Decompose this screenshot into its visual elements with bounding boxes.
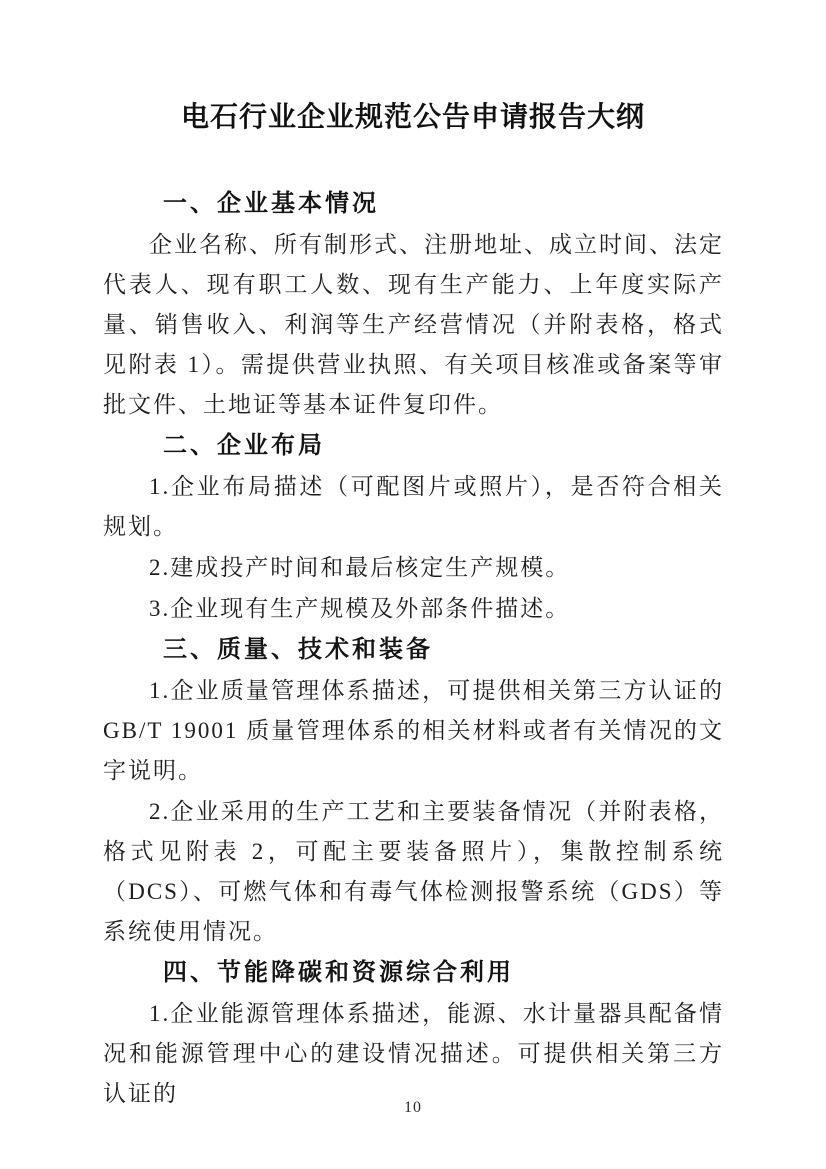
document-body: 一、企业基本情况 企业名称、所有制形式、注册地址、成立时间、法定代表人、现有职工…: [103, 184, 724, 1114]
page-number: 10: [0, 1099, 826, 1117]
section-heading-energy-saving: 四、节能降碳和资源综合利用: [103, 953, 724, 993]
section-heading-basic-info: 一、企业基本情况: [103, 184, 724, 224]
paragraph: 2.企业采用的生产工艺和主要装备情况（并附表格，格式见附表 2，可配主要装备照片…: [103, 792, 724, 952]
paragraph: 1.企业能源管理体系描述，能源、水计量器具配备情况和能源管理中心的建设情况描述。…: [103, 994, 724, 1114]
paragraph: 企业名称、所有制形式、注册地址、成立时间、法定代表人、现有职工人数、现有生产能力…: [103, 225, 724, 425]
section-heading-enterprise-layout: 二、企业布局: [103, 426, 724, 466]
paragraph: 3.企业现有生产规模及外部条件描述。: [103, 589, 724, 629]
document-page: 电石行业企业规范公告申请报告大纲 一、企业基本情况 企业名称、所有制形式、注册地…: [0, 0, 826, 1169]
paragraph: 1.企业质量管理体系描述，可提供相关第三方认证的 GB/T 19001 质量管理…: [103, 671, 724, 791]
document-title: 电石行业企业规范公告申请报告大纲: [0, 0, 826, 134]
paragraph: 1.企业布局描述（可配图片或照片），是否符合相关规划。: [103, 467, 724, 547]
paragraph: 2.建成投产时间和最后核定生产规模。: [103, 548, 724, 588]
section-heading-quality-tech-equipment: 三、质量、技术和装备: [103, 630, 724, 670]
